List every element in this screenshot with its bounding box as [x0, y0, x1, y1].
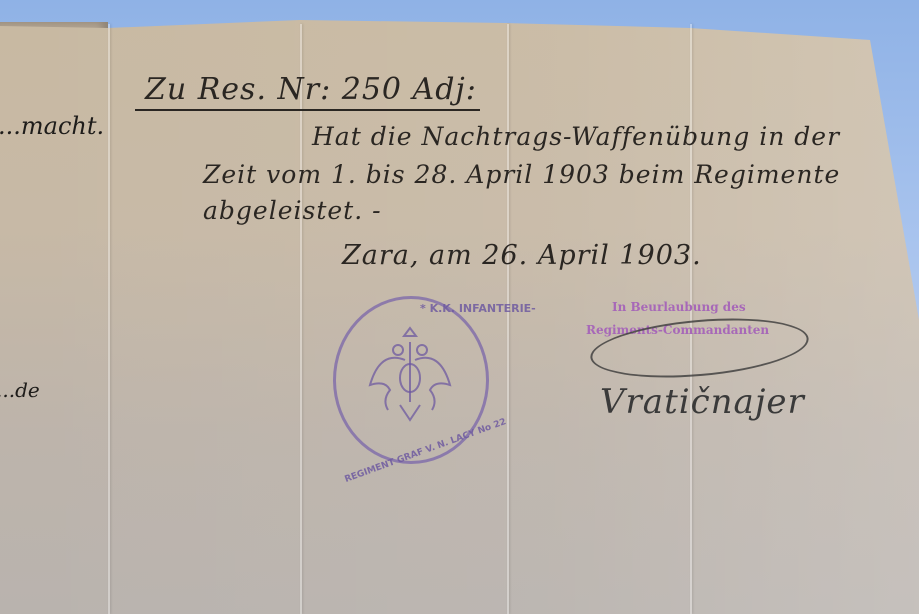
body-line-3: abgeleistet. -	[203, 196, 382, 225]
reference-heading: Zu Res. Nr: 250 Adj:	[145, 72, 477, 107]
signature: Vratičnajer	[600, 382, 805, 422]
left-page-fragment: ...de	[0, 378, 40, 402]
fold-line	[108, 24, 110, 614]
fold-line	[690, 24, 692, 614]
left-page-fragment: ...macht.	[0, 112, 104, 140]
stamp-line-1: In Beurlaubung des	[612, 300, 746, 314]
body-line-2: Zeit vom 1. bis 28. April 1903 beim Regi…	[203, 160, 840, 189]
double-eagle-icon	[365, 320, 455, 430]
heading-underline	[135, 109, 480, 111]
fold-line	[507, 24, 509, 614]
seal-top-text: * K.K. INFANTERIE-	[420, 302, 536, 315]
place-date: Zara, am 26. April 1903.	[342, 240, 702, 271]
fold-line	[300, 24, 302, 614]
body-line-1: Hat die Nachtrags-Waffenübung in der	[312, 122, 840, 151]
